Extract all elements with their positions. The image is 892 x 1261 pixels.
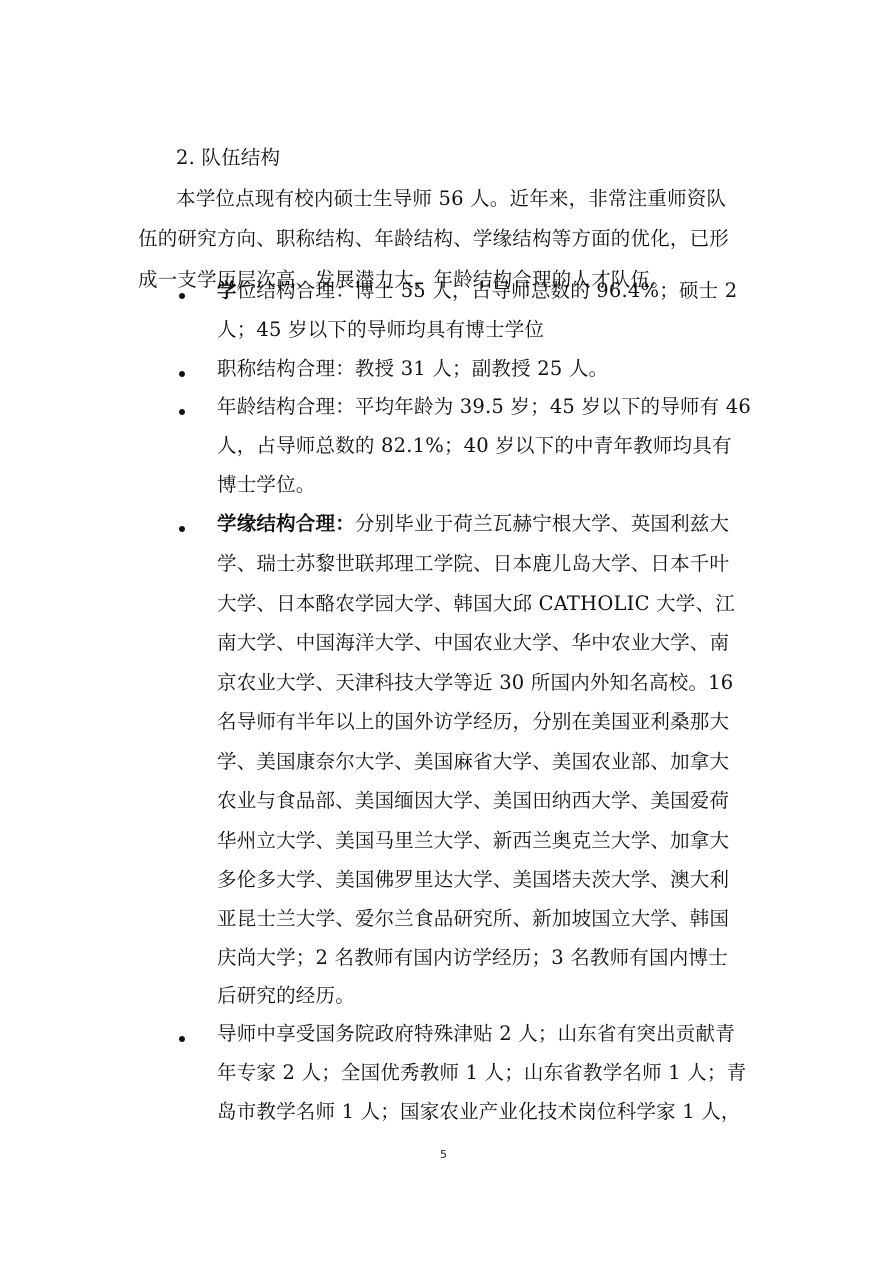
list-item-line: 学、美国康奈尔大学、美国麻省大学、美国农业部、加拿大 bbox=[217, 750, 729, 774]
bullet-icon bbox=[179, 409, 185, 415]
list-item-line: 职称结构合理：教授 31 人；副教授 25 人。 bbox=[217, 357, 608, 381]
list-item-line: 大学、日本酪农学园大学、韩国大邱 CATHOLIC 大学、江 bbox=[217, 592, 735, 616]
list-item-line: 南大学、中国海洋大学、中国农业大学、华中农业大学、南 bbox=[217, 631, 729, 655]
list-item-line: 庆尚大学；2 名教师有国内访学经历；3 名教师有国内博士 bbox=[217, 946, 728, 970]
intro-line: 伍的研究方向、职称结构、年龄结构、学缘结构等方面的优化，已形 bbox=[138, 227, 729, 251]
list-item-line: 博士学位。 bbox=[217, 473, 316, 497]
list-item-line: 名导师有半年以上的国外访学经历，分别在美国亚利桑那大 bbox=[217, 710, 729, 734]
bullet-icon bbox=[179, 371, 185, 377]
bullet-icon bbox=[179, 526, 185, 532]
list-item-line: 年专家 2 人；全国优秀教师 1 人；山东省教学名师 1 人；青 bbox=[217, 1061, 746, 1085]
list-item-line: 华州立大学、美国马里兰大学、新西兰奥克兰大学、加拿大 bbox=[217, 829, 729, 853]
list-item-line: 人，占导师总数的 82.1%；40 岁以下的中青年教师均具有 bbox=[217, 434, 732, 458]
list-item-line: 导师中享受国务院政府特殊津贴 2 人；山东省有突出贡献青 bbox=[217, 1022, 735, 1046]
page-number: 5 bbox=[440, 1148, 447, 1161]
section-heading: 2. 队伍结构 bbox=[176, 146, 280, 170]
list-item-line: 学缘结构合理：分别毕业于荷兰瓦赫宁根大学、英国利兹大 bbox=[217, 512, 729, 536]
bullet-icon bbox=[179, 293, 185, 299]
list-item-line: 年龄结构合理：平均年龄为 39.5 岁；45 岁以下的导师有 46 bbox=[217, 395, 751, 419]
document-page: 2. 队伍结构 本学位点现有校内硕士生导师 56 人。近年来，非常注重师资队 伍… bbox=[0, 0, 892, 1261]
list-item-line: 多伦多大学、美国佛罗里达大学、美国塔夫茨大学、澳大利 bbox=[217, 868, 729, 892]
list-item-line: 岛市教学名师 1 人；国家农业产业化技术岗位科学家 1 人， bbox=[217, 1100, 741, 1124]
list-item-line: 后研究的经历。 bbox=[217, 984, 355, 1008]
list-item-line: 学、瑞士苏黎世联邦理工学院、日本鹿儿岛大学、日本千叶 bbox=[217, 552, 729, 576]
list-item-line: 亚昆士兰大学、爱尔兰食品研究所、新加坡国立大学、韩国 bbox=[217, 907, 729, 931]
list-item-line: 学位结构合理：博士 55 人，占导师总数的 96.4%；硕士 2 bbox=[217, 279, 737, 303]
intro-line: 本学位点现有校内硕士生导师 56 人。近年来，非常注重师资队 bbox=[176, 187, 726, 211]
list-item-line: 农业与食品部、美国缅因大学、美国田纳西大学、美国爱荷 bbox=[217, 789, 729, 813]
list-item-line: 人；45 岁以下的导师均具有博士学位 bbox=[217, 318, 544, 342]
bold-prefix: 学 bbox=[217, 279, 237, 302]
bold-prefix: 学缘结构合理： bbox=[217, 512, 355, 535]
bullet-icon bbox=[179, 1036, 185, 1042]
list-item-line: 京农业大学、天津科技大学等近 30 所国内外知名高校。16 bbox=[217, 671, 733, 695]
